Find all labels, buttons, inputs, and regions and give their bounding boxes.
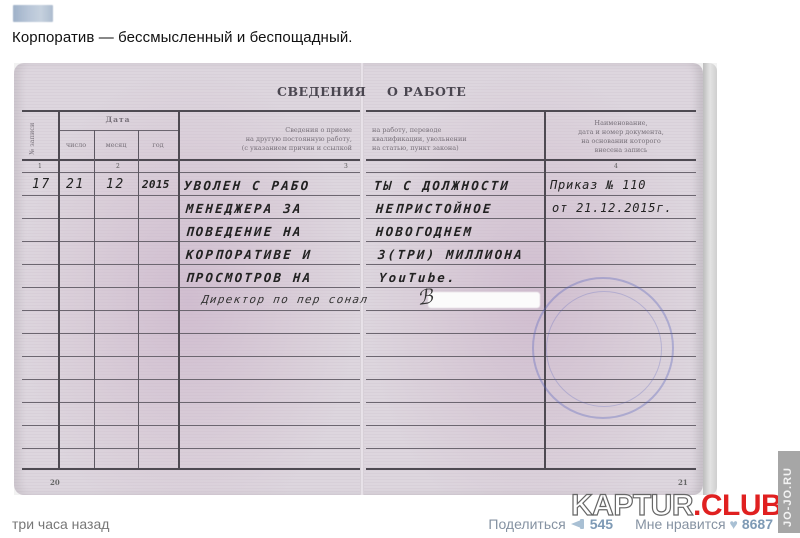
col-divider <box>58 110 60 468</box>
entry-signature-line: Директор по пер сонал <box>201 293 369 306</box>
entry-year: 2015 <box>142 178 170 191</box>
entry-text-line-1: Уволен с рабо <box>183 178 310 193</box>
entry-text-line-2: менеджера за <box>185 201 303 216</box>
book-spine <box>360 63 364 495</box>
handwritten-signature: ℬ <box>415 284 434 310</box>
ruled-line <box>22 402 360 403</box>
ruled-line <box>366 241 696 242</box>
col-year-label: год <box>138 141 178 150</box>
ruled-line <box>22 287 360 288</box>
book-edge <box>703 63 717 495</box>
col-number-1: 1 <box>38 163 42 170</box>
ruled-line <box>366 264 696 265</box>
entry-text-line-4-cont: 3(три) миллиона <box>377 247 524 262</box>
col-number-2: 2 <box>116 163 120 170</box>
entry-record-no: 17 <box>32 177 51 192</box>
ruled-line <box>22 356 360 357</box>
entry-text-line-4: корпоративе и <box>185 247 312 262</box>
ruled-line <box>22 425 360 426</box>
ruled-line <box>22 195 360 196</box>
ruled-line <box>22 218 360 219</box>
ruled-line <box>366 425 696 426</box>
header-bottom-line-right <box>366 159 696 161</box>
page-number-right: 21 <box>678 478 688 487</box>
date-subheader-line <box>58 130 178 131</box>
jojo-watermark: JO-JO.RU <box>778 451 800 533</box>
col-info-label-left: Сведения о приеме на другую постоянную р… <box>184 126 352 153</box>
col-divider <box>94 130 95 468</box>
header-title-right: О РАБОТЕ <box>387 84 466 99</box>
col-record-label: № записи <box>28 123 36 155</box>
header-bottom-line <box>22 159 360 161</box>
colnum-line <box>22 172 360 173</box>
col-divider <box>544 110 546 468</box>
author-avatar-blurred[interactable] <box>13 5 53 22</box>
entry-text-line-3-cont: новогоднем <box>375 224 473 239</box>
ruled-line <box>22 379 360 380</box>
share-button[interactable]: Поделиться <box>488 516 565 532</box>
ruled-line <box>22 264 360 265</box>
header-title-left: СВЕДЕНИЯ <box>277 84 366 99</box>
entry-text-line-5-cont: YouTube. <box>378 270 457 285</box>
entry-month: 12 <box>106 177 125 192</box>
redacted-name <box>428 292 540 308</box>
entry-text-line-3: поведение на <box>185 224 303 239</box>
col-day-label: число <box>58 141 94 150</box>
entry-order-date: от 21.12.2015г. <box>552 201 672 215</box>
col-number-3: 3 <box>344 163 348 170</box>
ruled-line <box>22 333 360 334</box>
col-date-label: Дата <box>58 115 178 124</box>
ruled-line <box>22 310 360 311</box>
col-number-4: 4 <box>614 163 618 170</box>
table-top-line <box>22 110 360 112</box>
col-info-label-right: на работу, переводе квалификации, увольн… <box>372 126 542 153</box>
post-photo[interactable]: СВЕДЕНИЯ О РАБОТЕ № записи Дата число ме… <box>14 63 717 495</box>
entry-text-line-2-cont: непристойное <box>375 201 493 216</box>
col-divider <box>178 110 180 468</box>
ruled-line <box>366 195 696 196</box>
col-divider <box>138 130 139 468</box>
entry-order-number: Приказ № 110 <box>550 178 646 192</box>
col-month-label: месяц <box>94 141 138 150</box>
entry-text-line-1-cont: ты с должности <box>373 178 510 193</box>
ruled-line <box>22 241 360 242</box>
entry-day: 21 <box>66 177 85 192</box>
kaptur-club-watermark: KAPTUR.CLUB <box>571 489 782 523</box>
post-text: Корпоратив — бессмысленный и беспощадный… <box>12 29 353 46</box>
col-doc-label: Наименование, дата и номер документа, на… <box>546 119 696 155</box>
table-bottom-line <box>366 468 696 470</box>
table-top-line-right <box>366 110 696 112</box>
official-stamp <box>532 277 674 419</box>
ruled-line <box>366 218 696 219</box>
colnum-line-right <box>366 172 696 173</box>
post-timestamp[interactable]: три часа назад <box>12 516 109 532</box>
table-bottom-line <box>22 468 360 470</box>
entry-text-line-5: просмотров на <box>185 270 312 285</box>
ruled-line <box>22 448 360 449</box>
ruled-line <box>366 448 696 449</box>
page-number-left: 20 <box>50 478 60 487</box>
